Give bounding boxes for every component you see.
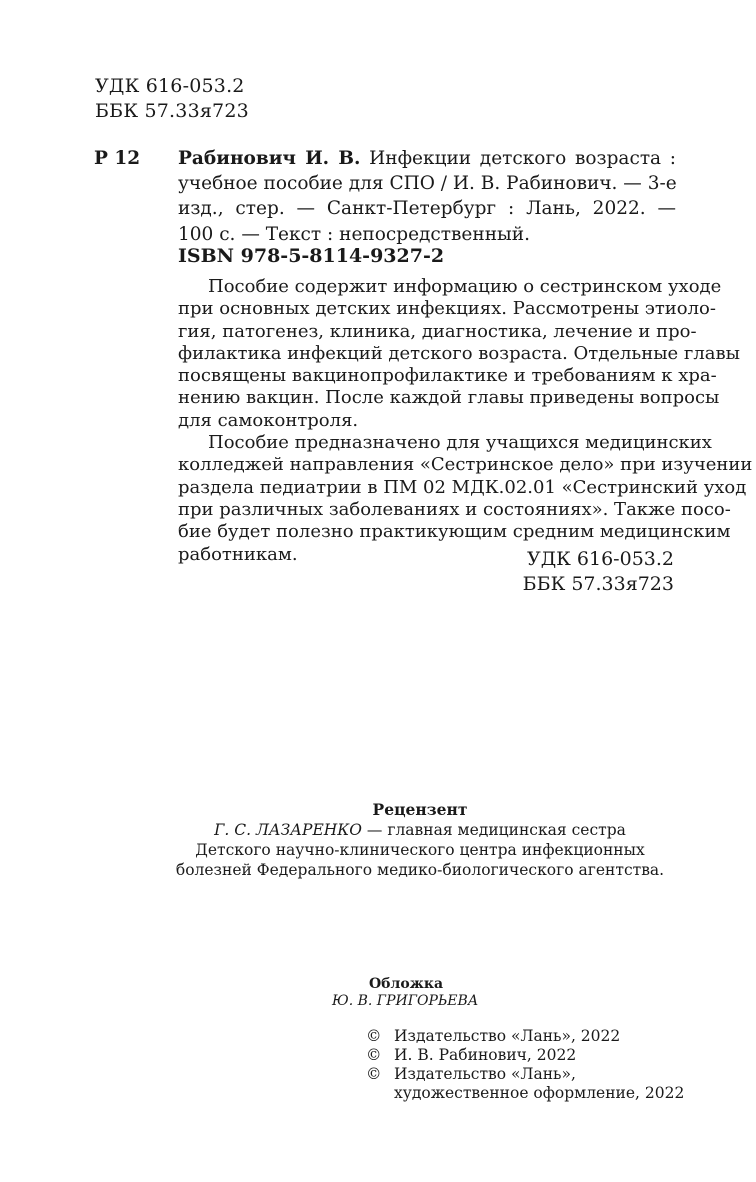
reviewer-heading: Рецензент <box>150 800 690 820</box>
abstract-line: для самоконтроля. <box>178 410 675 432</box>
author-code: Р 12 <box>94 146 140 171</box>
abstract-line: колледжей направления «Сестринское дело»… <box>178 454 675 476</box>
abstract-paragraph-2: Пособие предназначено для учащихся медиц… <box>178 432 675 566</box>
copyright-item: © И. В. Рабинович, 2022 <box>366 1046 684 1065</box>
cover-credit: Обложка Ю. В. ГРИГОРЬЕВА <box>306 976 506 1010</box>
copyright-icon: © <box>366 1046 394 1065</box>
abstract-paragraph-1: Пособие содержит информацию о сестринско… <box>178 276 675 432</box>
copyright-item-continuation: художественное оформление, 2022 <box>366 1084 684 1103</box>
bbk-code: ББК 57.33я723 <box>523 572 674 597</box>
abstract-line: бие будет полезно практикующим средним м… <box>178 521 675 543</box>
abstract-line: раздела педиатрии в ПМ 02 МДК.02.01 «Сес… <box>178 477 675 499</box>
cover-heading: Обложка <box>306 976 506 993</box>
isbn: ISBN 978-5-8114-9327-2 <box>178 244 444 269</box>
abstract-line: при различных заболеваниях и состояниях»… <box>178 499 675 521</box>
copyright-notices: © Издательство «Лань», 2022 © И. В. Раби… <box>366 1027 684 1103</box>
abstract-line: Пособие содержит информацию о сестринско… <box>178 276 675 298</box>
udk-code: УДК 616-053.2 <box>95 74 249 99</box>
abstract-line: посвящены вакцинопрофилактике и требован… <box>178 365 675 387</box>
abstract-line: при основных детских инфекциях. Рассмотр… <box>178 298 675 320</box>
copyright-item: © Издательство «Лань», <box>366 1065 684 1084</box>
reviewer-name: Г. С. ЛАЗАРЕНКО <box>214 821 362 839</box>
classification-codes-top: УДК 616-053.2 ББК 57.33я723 <box>95 74 249 124</box>
abstract: Пособие содержит информацию о сестринско… <box>178 276 675 566</box>
reviewer-affiliation-line: Детского научно-клинического центра инфе… <box>150 840 690 860</box>
classification-codes-bottom: УДК 616-053.2 ББК 57.33я723 <box>523 547 674 597</box>
abstract-line: нению вакцин. После каждой главы приведе… <box>178 387 675 409</box>
bib-line: изд., стер. — Санкт-Петербург : Лань, 20… <box>178 196 676 221</box>
reviewer-affiliation-line: болезней Федерального медико-биологическ… <box>150 860 690 880</box>
copyright-icon: © <box>366 1027 394 1046</box>
bib-line: Инфекции детского возраста : <box>360 148 676 169</box>
reviewer-block: Рецензент Г. С. ЛАЗАРЕНКО — главная меди… <box>150 800 690 880</box>
copyright-item: © Издательство «Лань», 2022 <box>366 1027 684 1046</box>
bbk-code: ББК 57.33я723 <box>95 99 249 124</box>
copyright-icon: © <box>366 1065 394 1084</box>
reviewer-role: — главная медицинская сестра <box>362 821 626 839</box>
bibliographic-record: Р 12 Рабинович И. В. Инфекции детского в… <box>94 146 676 247</box>
author-name: Рабинович И. В. <box>178 148 360 169</box>
bib-line: учебное пособие для СПО / И. В. Рабинови… <box>178 171 676 196</box>
cover-artist: Ю. В. ГРИГОРЬЕВА <box>306 993 506 1010</box>
abstract-line: Пособие предназначено для учащихся медиц… <box>178 432 675 454</box>
abstract-line: гия, патогенез, клиника, диагностика, ле… <box>178 321 675 343</box>
udk-code: УДК 616-053.2 <box>523 547 674 572</box>
abstract-line: филактика инфекций детского возраста. От… <box>178 343 675 365</box>
